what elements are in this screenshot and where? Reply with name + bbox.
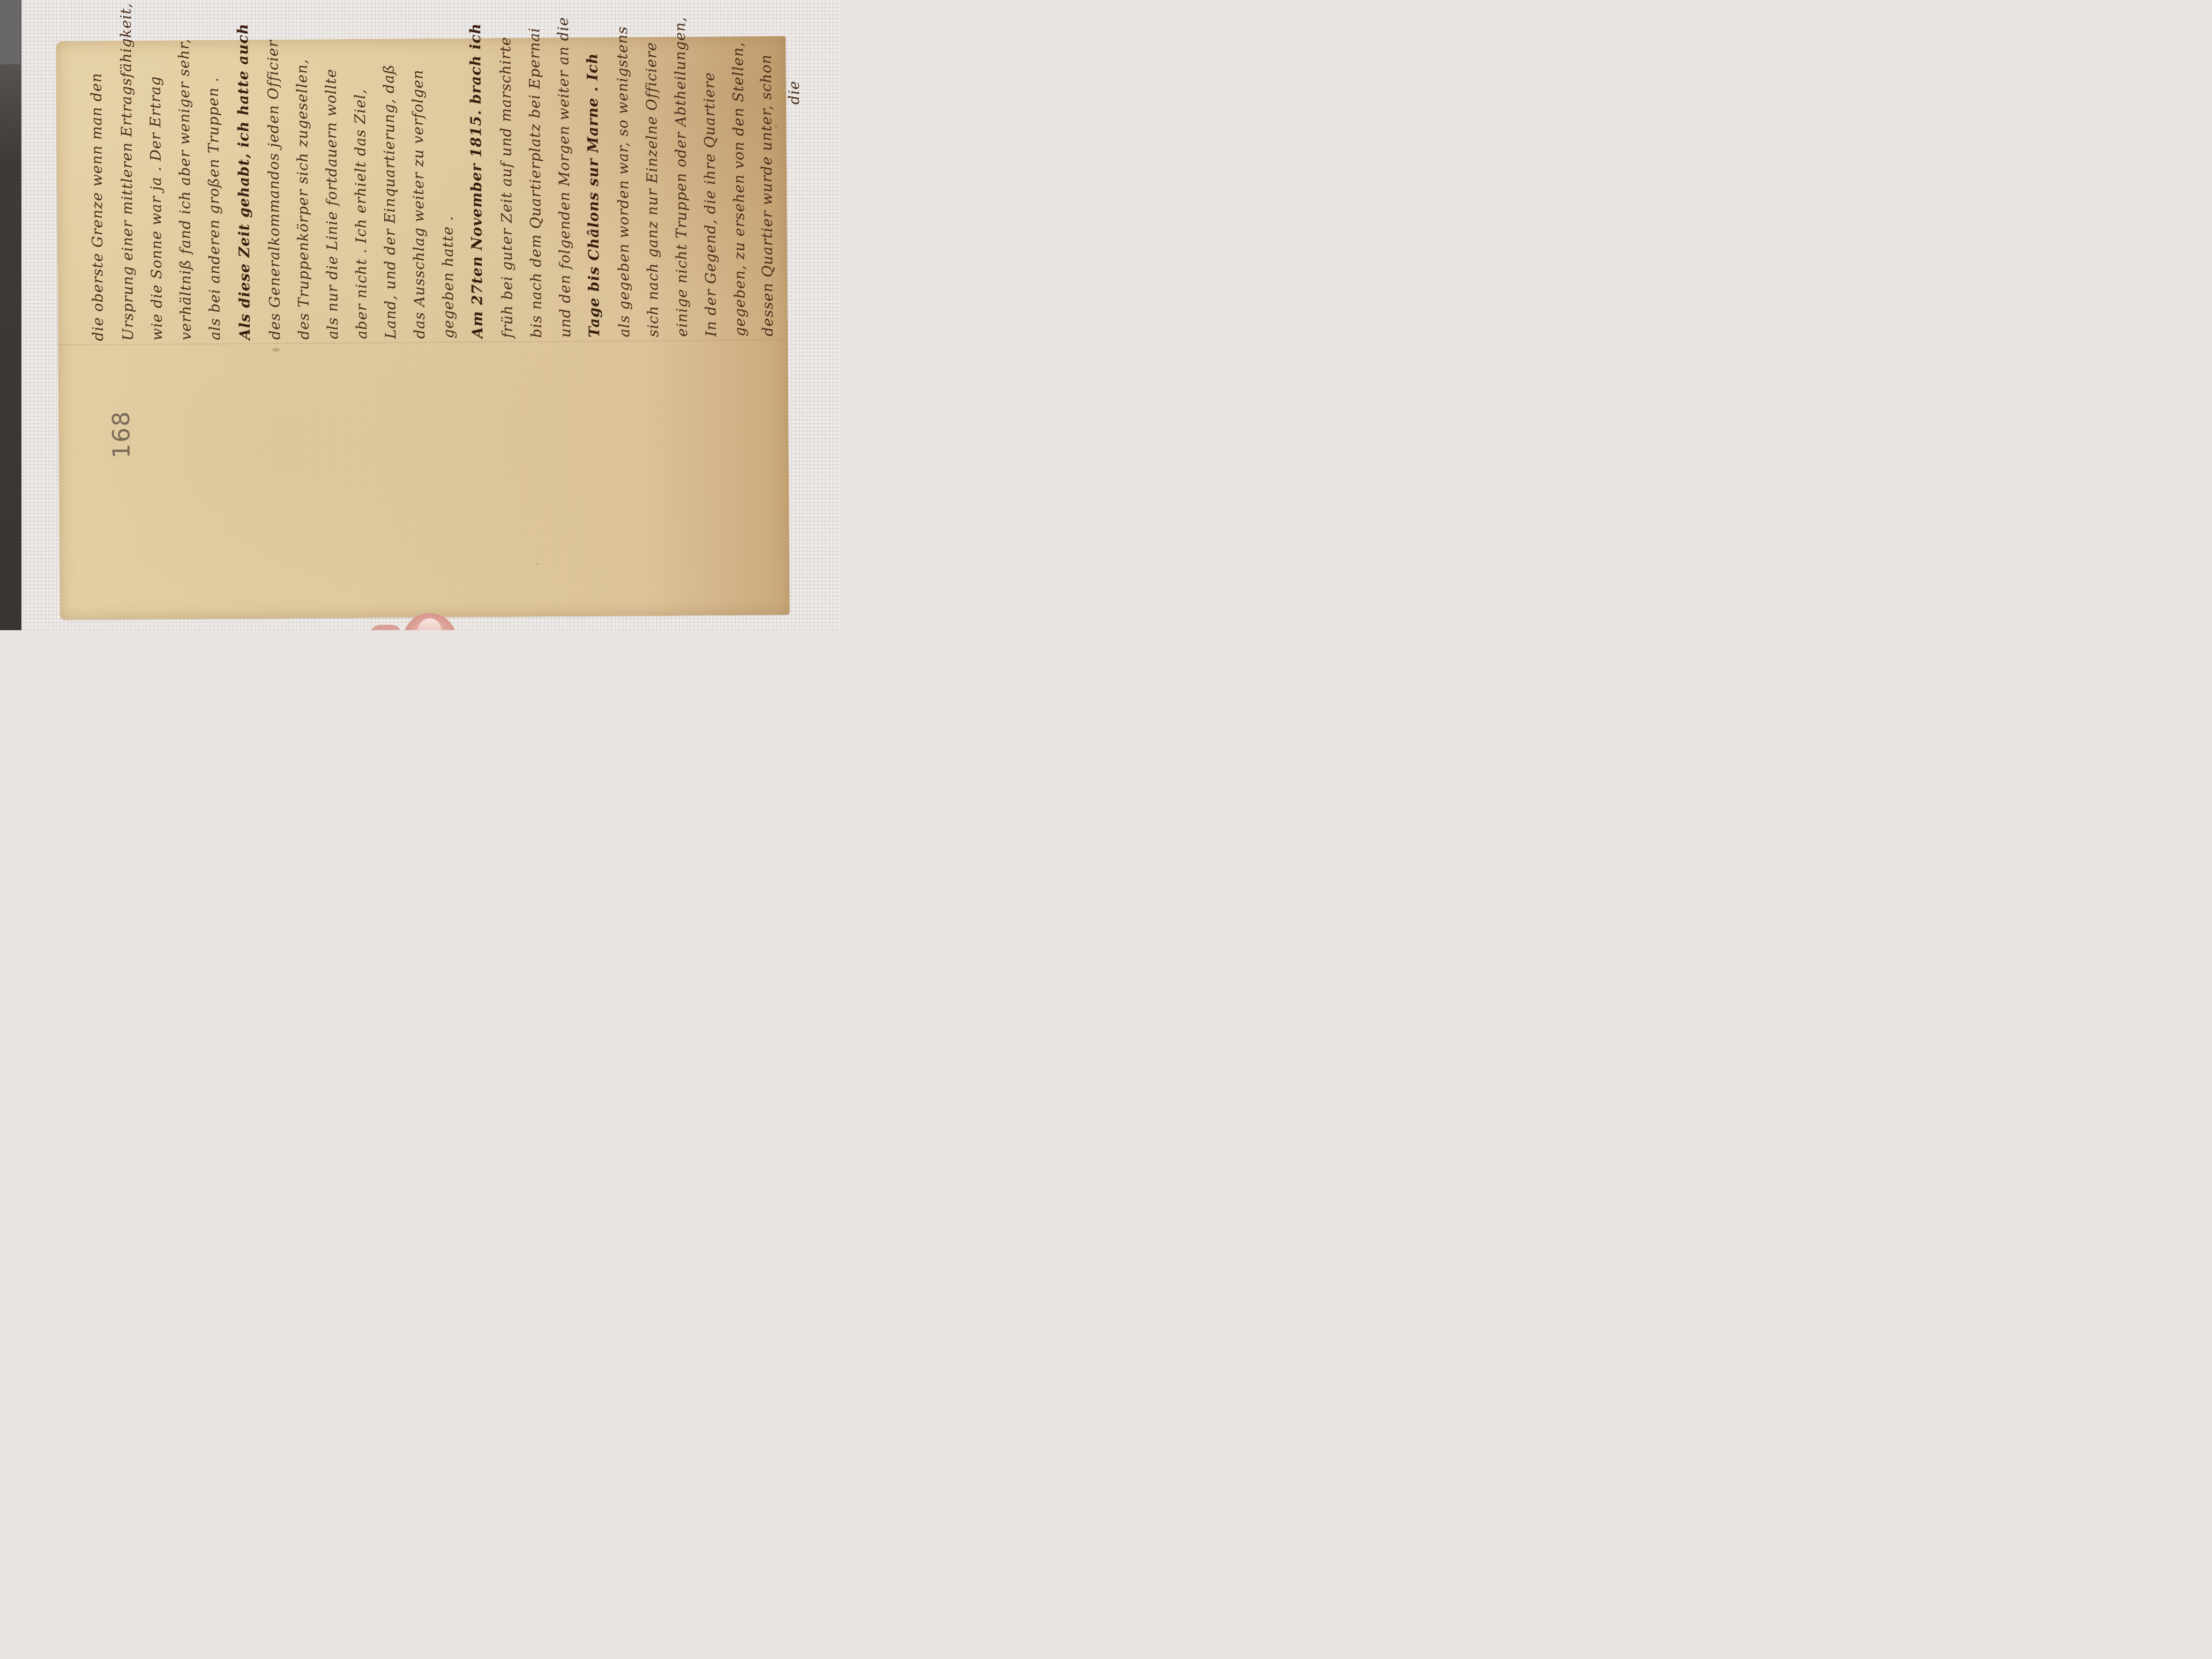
handwriting-line: früh bei guter Zeit auf und marschirte xyxy=(498,49,515,338)
handwriting-line: gegeben, zu ersehen von den Stellen, xyxy=(731,47,748,337)
handwriting-line: Ursprung einer mittleren Ertragsfähigkei… xyxy=(119,51,136,341)
handwriting-line: aber nicht . Ich erhielt das Ziel, xyxy=(353,50,369,339)
printed-paper-slip xyxy=(0,0,20,64)
handwriting-line: die xyxy=(787,47,802,104)
manuscript-page: 168 die oberste Grenze wenn man denUrspr… xyxy=(56,36,790,619)
handwriting-line: Tage bis Châlons sur Marne . Ich xyxy=(585,48,602,338)
handwriting-line: In der Gegend, die ihre Quartiere xyxy=(702,47,719,337)
handwriting-line: wie die Sonne war ja . Der Ertrag xyxy=(148,51,165,340)
handwriting-line: als nur die Linie fortdauern wollte xyxy=(324,50,340,339)
handwriting-line: einige nicht Truppen oder Abtheilungen, xyxy=(673,48,690,337)
fold-line xyxy=(58,339,788,346)
dark-table-edge xyxy=(0,0,21,630)
handwriting-line: Als diese Zeit gehabt, ich hatte auch xyxy=(236,50,252,340)
handwriting-line: Am 27ten November 1815. brach ich xyxy=(468,49,485,338)
ink-stain xyxy=(272,348,280,352)
handwriting-line: als bei anderen großen Truppen . xyxy=(206,51,222,340)
handwriting-line: die oberste Grenze wenn man den xyxy=(89,51,106,341)
ink-stain xyxy=(536,563,539,565)
handwriting-line: und den folgenden Morgen weiter an die xyxy=(556,48,573,338)
handwriting-line: gegeben hatte . xyxy=(439,49,456,339)
handwriting-line: dessen Quartier wurde unter, schon xyxy=(759,47,775,336)
handwriting-line: sich nach ganz nur Einzelne Officiere xyxy=(644,48,661,337)
folio-number: 168 xyxy=(108,410,136,459)
handwriting-line: bis nach dem Quartierplatz bei Epernai xyxy=(527,48,544,338)
fingernail xyxy=(418,618,442,630)
handwriting-line: des Truppenkörper sich zugesellen, xyxy=(295,50,311,339)
handwriting-line: des Generalkommandos jeden Officier xyxy=(266,50,282,340)
handwriting-line: als gegeben worden war, so wenigstens xyxy=(615,48,632,337)
handwriting-line: Land, und der Einquartierung, daß xyxy=(382,49,398,339)
handwriting-line: das Ausschlag weiter zu verfolgen xyxy=(410,49,427,339)
handwriting-line: verhältniß fand ich aber weniger sehr, xyxy=(177,51,193,340)
